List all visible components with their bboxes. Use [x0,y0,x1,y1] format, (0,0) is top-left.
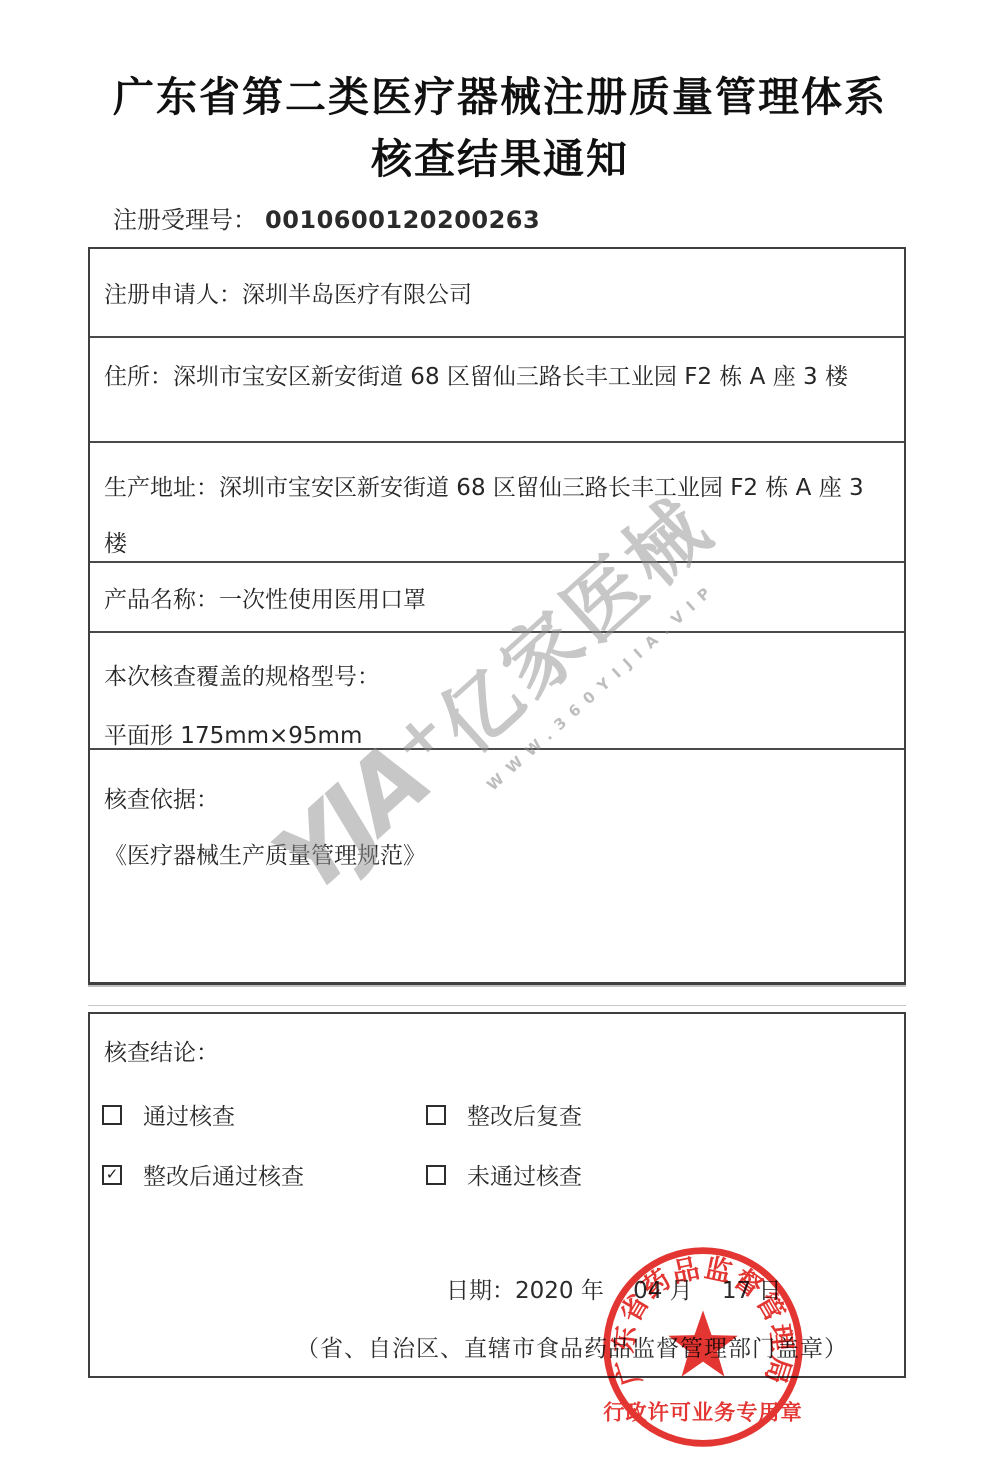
spec-models-label: 本次核查覆盖的规格型号： [104,648,890,707]
checkbox-pass[interactable] [102,1105,122,1125]
option-recheck-after-rectification-label: 整改后复查 [467,1098,582,1131]
checkbox-pass-after-rectification[interactable]: ✓ [102,1165,122,1185]
acceptance-number-value: 0010600120200263 [265,206,540,234]
option-pass-label: 通过核查 [143,1098,235,1131]
production-address-text: 生产地址：深圳市宝安区新安街道 68 区留仙三路长丰工业园 F2 栋 A 座 3… [104,460,890,572]
table-row-product-name: 产品名称：一次性使用医用口罩 [90,561,904,631]
inspection-basis-value: 《医疗器械生产质量管理规范》 [104,828,890,884]
address-text: 住所：深圳市宝安区新安街道 68 区留仙三路长丰工业园 F2 栋 A 座 3 楼 [104,347,890,407]
table-row-inspection-basis: 核查依据： 《医疗器械生产质量管理规范》 [90,748,904,987]
conclusion-label: 核查结论： [104,1034,219,1067]
applicant-text: 注册申请人：深圳半岛医疗有限公司 [104,276,472,309]
option-fail: 未通过核查 [426,1158,582,1191]
option-fail-label: 未通过核查 [467,1158,582,1191]
checkbox-fail[interactable] [426,1165,446,1185]
table-row-applicant: 注册申请人：深圳半岛医疗有限公司 [90,249,904,336]
checkbox-recheck-after-rectification[interactable] [426,1105,446,1125]
info-table: 注册申请人：深圳半岛医疗有限公司 住所：深圳市宝安区新安街道 68 区留仙三路长… [88,247,906,985]
option-pass-after-rectification: ✓ 整改后通过核查 [102,1158,304,1191]
seal-bottom-text: 行政许可业务专用章 [603,1399,802,1424]
option-pass-after-rectification-label: 整改后通过核查 [143,1158,304,1191]
option-pass: 通过核查 [102,1098,235,1131]
acceptance-number-label: 注册受理号： [113,206,257,234]
inspection-basis-label: 核查依据： [104,772,890,828]
product-name-text: 产品名称：一次性使用医用口罩 [104,581,426,614]
document-title-line1: 广东省第二类医疗器械注册质量管理体系 [0,64,1000,123]
table-row-production-address: 生产地址：深圳市宝安区新安街道 68 区留仙三路长丰工业园 F2 栋 A 座 3… [90,441,904,561]
date-line: 日期：2020 年 04 月 17 日 [446,1272,782,1305]
conclusion-table: 核查结论： 通过核查 整改后复查 ✓ 整改后通过核查 未通过核查 日期：2020… [88,1012,906,1378]
stamp-instruction: （省、自治区、直辖市食品药品监督管理部门盖章） [296,1330,848,1363]
acceptance-number-line: 注册受理号：0010600120200263 [113,200,540,235]
table-row-address: 住所：深圳市宝安区新安街道 68 区留仙三路长丰工业园 F2 栋 A 座 3 楼 [90,336,904,441]
document-title-line2: 核查结果通知 [0,126,1000,185]
option-recheck-after-rectification: 整改后复查 [426,1098,582,1131]
document-page: YJA⁺ 亿家医械 WWW.360YIJIA.VIP 广东省第二类医疗器械注册质… [0,0,1000,1471]
table-row-spec-models: 本次核查覆盖的规格型号： 平面形 175mm×95mm [90,631,904,748]
